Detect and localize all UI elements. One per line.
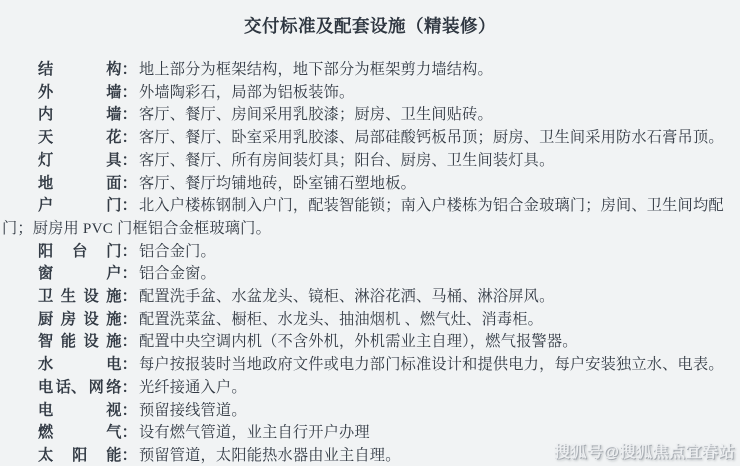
spec-label-char: 墙： [106,104,137,127]
spec-label-char: 电 [38,400,53,423]
spec-text: 客厅、餐厅、房间采用乳胶漆；厨房、卫生间贴砖。 [139,106,493,123]
spec-label-char: 设 [83,309,98,332]
spec-label-char: 生 [61,286,76,309]
spec-label-char: 卫 [38,286,53,309]
document-page: 交付标准及配套设施（精装修） 结构：地上部分为框架结构，地下部分为框架剪力墙结构… [0,0,740,466]
spec-label-char: 窗 [38,263,53,286]
spec-text: 配置洗手盆、水盆龙头、镜柜、淋浴花洒、马桶、淋浴屏风。 [139,288,554,305]
spec-label: 户门： [38,195,137,218]
spec-row: 厨房设施：配置洗菜盆、橱柜、水龙头、抽油烟机 、燃气灶、消毒柜。 [2,309,736,332]
spec-label-char: 视： [106,400,137,423]
spec-label: 外墙： [38,82,137,105]
spec-text: 配置中央空调内机（不含外机，外机需业主自理），燃气报警器。 [139,333,578,350]
spec-text: 光纤接通入户。 [139,379,247,396]
spec-label-char: 外 [38,82,53,105]
spec-label: 结构： [38,59,137,82]
spec-label: 窗户： [38,263,137,286]
spec-text: 每户按报装时当地政府文件或电力部门标准设计和提供电力，每户安装独立水、电表。 [139,356,724,373]
spec-label-char: 结 [38,59,53,82]
spec-row: 外墙：外墙陶彩石，局部为铝板装饰。 [2,82,736,105]
spec-label-char: 施： [106,331,137,354]
spec-label: 天花： [38,127,137,150]
spec-label-char: 电： [106,354,137,377]
spec-row: 窗户：铝合金窗。 [2,263,736,286]
spec-row: 内墙：客厅、餐厅、房间采用乳胶漆；厨房、卫生间贴砖。 [2,104,736,127]
spec-row: 卫生设施：配置洗手盆、水盆龙头、镜柜、淋浴花洒、马桶、淋浴屏风。 [2,286,736,309]
spec-text: 铝合金窗。 [139,265,216,282]
spec-label: 厨房设施： [38,309,137,332]
spec-label: 地面： [38,173,137,196]
spec-label-char: 燃 [38,422,53,445]
spec-label-char: 设 [83,286,98,309]
spec-label: 太阳能： [38,445,137,466]
spec-row: 阳台门：铝合金门。 [2,241,736,264]
spec-label-char: 能： [106,445,137,466]
spec-label-char: 内 [38,104,53,127]
spec-label: 阳台门： [38,241,137,264]
spec-label-char: 门： [106,195,137,218]
spec-label-char: 花： [106,127,137,150]
spec-row: 电视：预留接线管道。 [2,400,736,423]
spec-text: 地上部分为框架结构，地下部分为框架剪力墙结构。 [139,61,493,78]
spec-label: 内墙： [38,104,137,127]
spec-text: 预留接线管道。 [139,402,247,419]
spec-row: 结构：地上部分为框架结构，地下部分为框架剪力墙结构。 [2,59,736,82]
spec-label-char: 构： [106,59,137,82]
spec-label-char: 电 [38,377,53,400]
spec-label-char: 地 [38,173,53,196]
spec-label-char: 阳 [72,445,87,466]
spec-label-char: 阳 [38,241,53,264]
spec-label-char: 天 [38,127,53,150]
spec-label-char: 设 [83,331,98,354]
spec-label-char: 施： [106,286,137,309]
spec-label: 水电： [38,354,137,377]
spec-label-char: 面： [106,173,137,196]
spec-text: 设有燃气管道，业主自行开户办理 [139,424,370,441]
spec-row: 水电：每户按报装时当地政府文件或电力部门标准设计和提供电力，每户安装独立水、电表… [2,354,736,377]
spec-row: 智能设施：配置中央空调内机（不含外机，外机需业主自理），燃气报警器。 [2,331,736,354]
spec-label-char: 太 [38,445,53,466]
spec-label-char: 网 [89,377,104,400]
spec-text: 铝合金门。 [139,243,216,260]
spec-text: 预留管道，太阳能热水器由业主自理。 [139,447,401,464]
spec-label-char: 灯 [38,150,53,173]
spec-label-char: 户 [38,195,53,218]
spec-label-char: 话、 [56,377,87,400]
spec-text: 配置洗菜盆、橱柜、水龙头、抽油烟机 、燃气灶、消毒柜。 [139,311,543,328]
spec-label: 灯具： [38,150,137,173]
spec-label-char: 络： [106,377,137,400]
page-title: 交付标准及配套设施（精装修） [0,0,740,38]
spec-list: 结构：地上部分为框架结构，地下部分为框架剪力墙结构。外墙：外墙陶彩石，局部为铝板… [0,59,740,466]
spec-label: 卫生设施： [38,286,137,309]
spec-label-char: 气： [106,422,137,445]
spec-label: 燃气： [38,422,137,445]
spec-row: 户门：北入户楼栋钢制入户门，配装智能锁；南入户楼栋为铝合金玻璃门；房间、卫生间均… [2,195,736,240]
spec-label-char: 具： [106,150,137,173]
spec-label: 电视： [38,400,137,423]
spec-label-char: 智 [38,331,53,354]
spec-label-char: 房 [61,309,76,332]
spec-row: 灯具：客厅、餐厅、所有房间装灯具；阳台、厨房、卫生间装灯具。 [2,150,736,173]
spec-row: 地面：客厅、餐厅均铺地砖，卧室铺石塑地板。 [2,173,736,196]
spec-label-char: 门： [106,241,137,264]
spec-row: 天花：客厅、餐厅、卧室采用乳胶漆、局部硅酸钙板吊顶；厨房、卫生间采用防水石膏吊顶… [2,127,736,150]
spec-label-char: 施： [106,309,137,332]
spec-label-char: 墙： [106,82,137,105]
spec-label-char: 台 [72,241,87,264]
spec-label: 智能设施： [38,331,137,354]
spec-text: 客厅、餐厅、所有房间装灯具；阳台、厨房、卫生间装灯具。 [139,152,554,169]
spec-text: 外墙陶彩石，局部为铝板装饰。 [139,84,354,101]
spec-label: 电话、网络： [38,377,137,400]
spec-row: 电话、网络：光纤接通入户。 [2,377,736,400]
spec-label-char: 水 [38,354,53,377]
spec-text: 客厅、餐厅、卧室采用乳胶漆、局部硅酸钙板吊顶；厨房、卫生间采用防水石膏吊顶。 [139,129,724,146]
spec-label-char: 厨 [38,309,53,332]
spec-label-char: 能 [61,331,76,354]
spec-text: 客厅、餐厅均铺地砖，卧室铺石塑地板。 [139,175,416,192]
spec-label-char: 户： [106,263,137,286]
watermark: 搜狐号@搜狐焦点宜春站 [554,439,735,462]
